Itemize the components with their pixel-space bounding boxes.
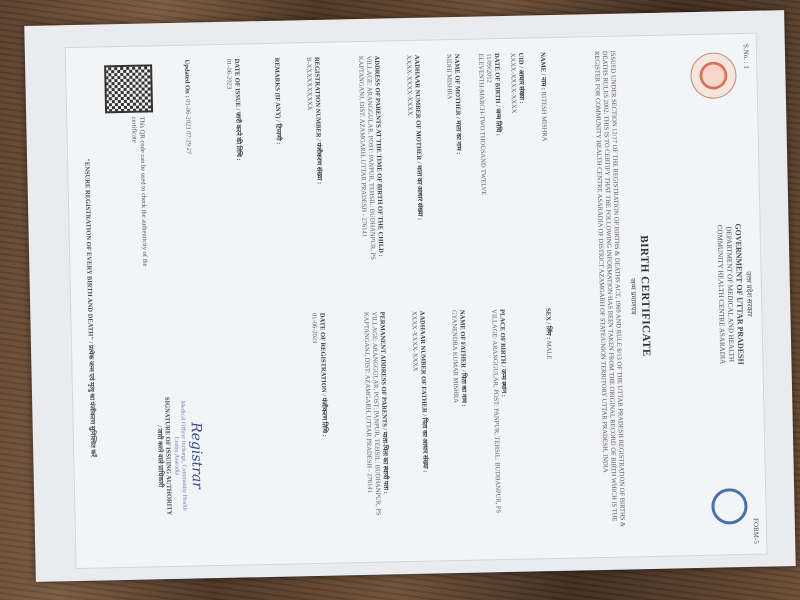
field-address-at-birth: ADDRESS OF PARENTS AT THE TIME OF BIRTH … (356, 56, 385, 296)
qr-note: This QR code can be used to check the au… (129, 117, 149, 277)
field-father-aadhaar: AADHAAR NUMBER OF FATHER / पिता का आधार … (409, 311, 430, 541)
certificate-sheet: S.No. : 1 FORM-5 उत्तर प्रदेश सरकार GOVE… (24, 10, 795, 582)
field-place-of-birth: PLACE OF BIRTH / जन्म स्थान : VILLAGE: A… (489, 309, 510, 539)
signature-block: Registrar Medical Officer Incharge, Comm… (154, 395, 205, 516)
field-mother-aadhaar: AADHAAR NUMBER OF MOTHER / माता का आधार … (404, 55, 425, 295)
field-remarks: REMARKS (IF ANY) / टिप्पणी : (272, 58, 285, 298)
field-date-of-birth: DATE OF BIRTH / जन्म तिथि : 11/09/2012 E… (476, 53, 505, 293)
certificate-header: उत्तर प्रदेश सरकार GOVERNMENT OF UTTAR P… (711, 34, 758, 555)
field-updated-on: Updated On : 01-06-2023 07:29:27 (182, 60, 195, 300)
signature-scrawl: Registrar (186, 395, 206, 515)
field-uid: UID / आधार संख्या : XXXX-XXXX-XXXX (508, 53, 529, 293)
certificate-footer: "ENSURE REGISTRATION OF EVERY BIRTH AND … (80, 48, 99, 568)
certificate-border: S.No. : 1 FORM-5 उत्तर प्रदेश सरकार GOVE… (65, 33, 768, 569)
signature-label: SIGNATURE OF ISSUING AUTHORITY / जारी कर… (154, 396, 173, 516)
field-issue-date: DATE OF ISSUE / जारी करने की तिथि : 01-0… (224, 59, 245, 299)
certificate-preamble: ISSUED UNDER SECTION 12/17 OF THE REGIST… (592, 51, 627, 543)
field-registration-date: DATE OF REGISTRATION / पंजीकरण तिथि : 01… (309, 313, 330, 543)
certificate-content: S.No. : 1 FORM-5 उत्तर प्रदेश सरकार GOVE… (66, 34, 767, 568)
qr-code[interactable] (104, 64, 153, 113)
field-sex: SEX / लिंग : MALE (543, 308, 556, 538)
field-mother-name: NAME OF MOTHER / माता का नाम : NIDHI MIS… (444, 54, 465, 294)
field-permanent-address: PERMANENT ADDRESS OF PARENTS / माता-पिता… (361, 312, 390, 542)
field-name: NAME / नाम : RITESH MISHRA (538, 52, 551, 292)
field-registration-number: REGISTRATION NUMBER / पंजीकरण संख्या : B… (304, 57, 325, 297)
field-father-name: NAME OF FATHER / पिता का नाम : GYANENDRA… (449, 310, 470, 540)
official-stamp: Medical Officer Incharge, Community Heal… (171, 396, 189, 516)
